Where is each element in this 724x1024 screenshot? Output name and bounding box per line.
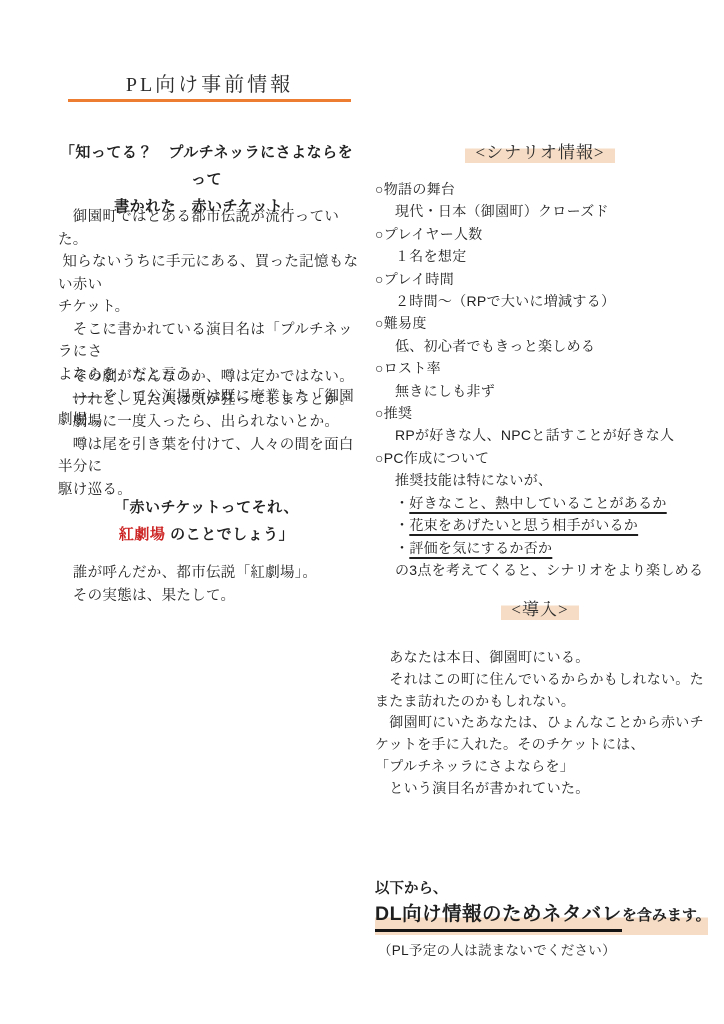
scenario-item-label: ○プレイ時間 xyxy=(375,268,720,290)
spoiler-warning-main: DL向け情報のためネタバレ xyxy=(375,901,622,932)
scenario-item-value: ２時間～（RPで大いに増減する） xyxy=(375,290,720,312)
scenario-info-heading-text: <シナリオ情報> xyxy=(465,138,614,163)
scenario-item-label: ○難易度 xyxy=(375,312,720,334)
scenario-item-label: ○ロスト率 xyxy=(375,357,720,379)
title-underline-rule xyxy=(68,99,351,102)
text-line: チケット。 xyxy=(58,296,360,319)
spoiler-warning-suffix: を含みます。 xyxy=(622,907,711,924)
scenario-item-label: ○物語の舞台 xyxy=(375,178,720,200)
text-line: その実態は、果たして。 xyxy=(58,585,360,608)
bullet-text: 評価を気にするか否か xyxy=(409,540,552,556)
text-line: あなたは本日、御園町にいる。 xyxy=(375,647,710,669)
introduction-heading: <導入> xyxy=(375,595,705,620)
text-line: そこに書かれている演目名は「プルチネッラにさ xyxy=(58,319,360,364)
text-line: けれど、見た人は気が狂ってしまうとか。 xyxy=(58,389,360,412)
scenario-item-value: RPが好きな人、NPCと話すことが好きな人 xyxy=(375,424,720,446)
scenario-info-heading: <シナリオ情報> xyxy=(375,138,705,163)
spoiler-warning-note: （PL予定の人は読まないでください） xyxy=(375,939,708,959)
red-theater-quote: 「赤いチケットってそれ、 紅劇場 のことでしょう」 xyxy=(58,494,355,548)
pc-creation-bullet: ・花束をあげたいと思う相手がいるか xyxy=(375,514,720,536)
red-theater-name: 紅劇場 xyxy=(119,526,166,543)
scenario-item-label: ○推奨 xyxy=(375,402,720,424)
quote-line: 「赤いチケットってそれ、 xyxy=(58,494,355,521)
pc-creation-bullet: ・評価を気にするか否か xyxy=(375,537,720,559)
text-line: 御園町にいたあなたは、ひょんなことから赤いチ xyxy=(375,712,710,734)
text-line: それはこの町に住んでいるからかもしれない。た xyxy=(375,669,710,691)
page-title: PL向け事前情報 xyxy=(68,68,351,97)
pc-creation-label: ○PC作成について xyxy=(375,447,720,469)
text-line: ケットを手に入れた。そのチケットには、 xyxy=(375,734,710,756)
bullet-text: 好きなこと、熱中していることがあるか xyxy=(409,495,666,511)
scenario-item-value: 現代・日本（御園町）クローズド xyxy=(375,200,720,222)
spoiler-warning-highlight: DL向け情報のためネタバレを含みます。 xyxy=(375,901,708,935)
introduction-paragraph: あなたは本日、御園町にいる。 それはこの町に住んでいるからかもしれない。た また… xyxy=(375,647,710,800)
bullet-marker: ・ xyxy=(395,517,409,533)
text-line: という演目名が書かれていた。 xyxy=(375,778,710,800)
text-line: 御園町ではとある都市伝説が流行っていた。 xyxy=(58,206,360,251)
text-line: 「プルチネッラにさよならを」 xyxy=(375,756,710,778)
scenario-info-list: ○物語の舞台 現代・日本（御園町）クローズド ○プレイヤー人数 １名を想定 ○プ… xyxy=(375,178,720,581)
pc-creation-bullet: ・好きなこと、熱中していることがあるか xyxy=(375,492,720,514)
scenario-item-label: ○プレイヤー人数 xyxy=(375,223,720,245)
scenario-item-value: １名を想定 xyxy=(375,245,720,267)
text-line: 知らないうちに手元にある、買った記憶もない赤い xyxy=(58,251,360,296)
pc-creation-outro: の3点を考えてくると、シナリオをより楽しめる xyxy=(375,559,720,581)
quote-line-rest: のことでしょう」 xyxy=(165,526,294,543)
spoiler-warning-lead: 以下から、 xyxy=(375,879,708,899)
rumor-paragraph: その劇がなんなのか、噂は定かではない。 けれど、見た人は気が狂ってしまうとか。 … xyxy=(58,366,360,501)
document-page: PL向け事前情報 「知ってる？ プルチネッラにさよならを って 書かれた 赤いチ… xyxy=(0,0,724,1024)
text-line: またま訪れたのかもしれない。 xyxy=(375,691,710,713)
text-line: 噂は尾を引き葉を付けて、人々の間を面白半分に xyxy=(58,434,360,479)
introduction-heading-text: <導入> xyxy=(501,595,578,620)
bullet-marker: ・ xyxy=(395,540,409,556)
text-line: 誰が呼んだか、都市伝説「紅劇場」。 xyxy=(58,562,360,585)
spoiler-warning: 以下から、 DL向け情報のためネタバレを含みます。 （PL予定の人は読まないでく… xyxy=(375,879,708,959)
scenario-item-value: 低、初心者でもきっと楽しめる xyxy=(375,335,720,357)
scenario-item-value: 無きにしも非ず xyxy=(375,380,720,402)
pc-creation-intro: 推奨技能は特にないが、 xyxy=(375,469,720,491)
quote-line: 「知ってる？ プルチネッラにさよならを って xyxy=(58,139,355,193)
text-line: その劇がなんなのか、噂は定かではない。 xyxy=(58,366,360,389)
bullet-marker: ・ xyxy=(395,495,409,511)
bullet-text: 花束をあげたいと思う相手がいるか xyxy=(409,517,638,533)
quote-line: 紅劇場 のことでしょう」 xyxy=(58,521,355,548)
closing-paragraph: 誰が呼んだか、都市伝説「紅劇場」。 その実態は、果たして。 xyxy=(58,562,360,607)
text-line: 劇場に一度入ったら、出られないとか。 xyxy=(58,411,360,434)
